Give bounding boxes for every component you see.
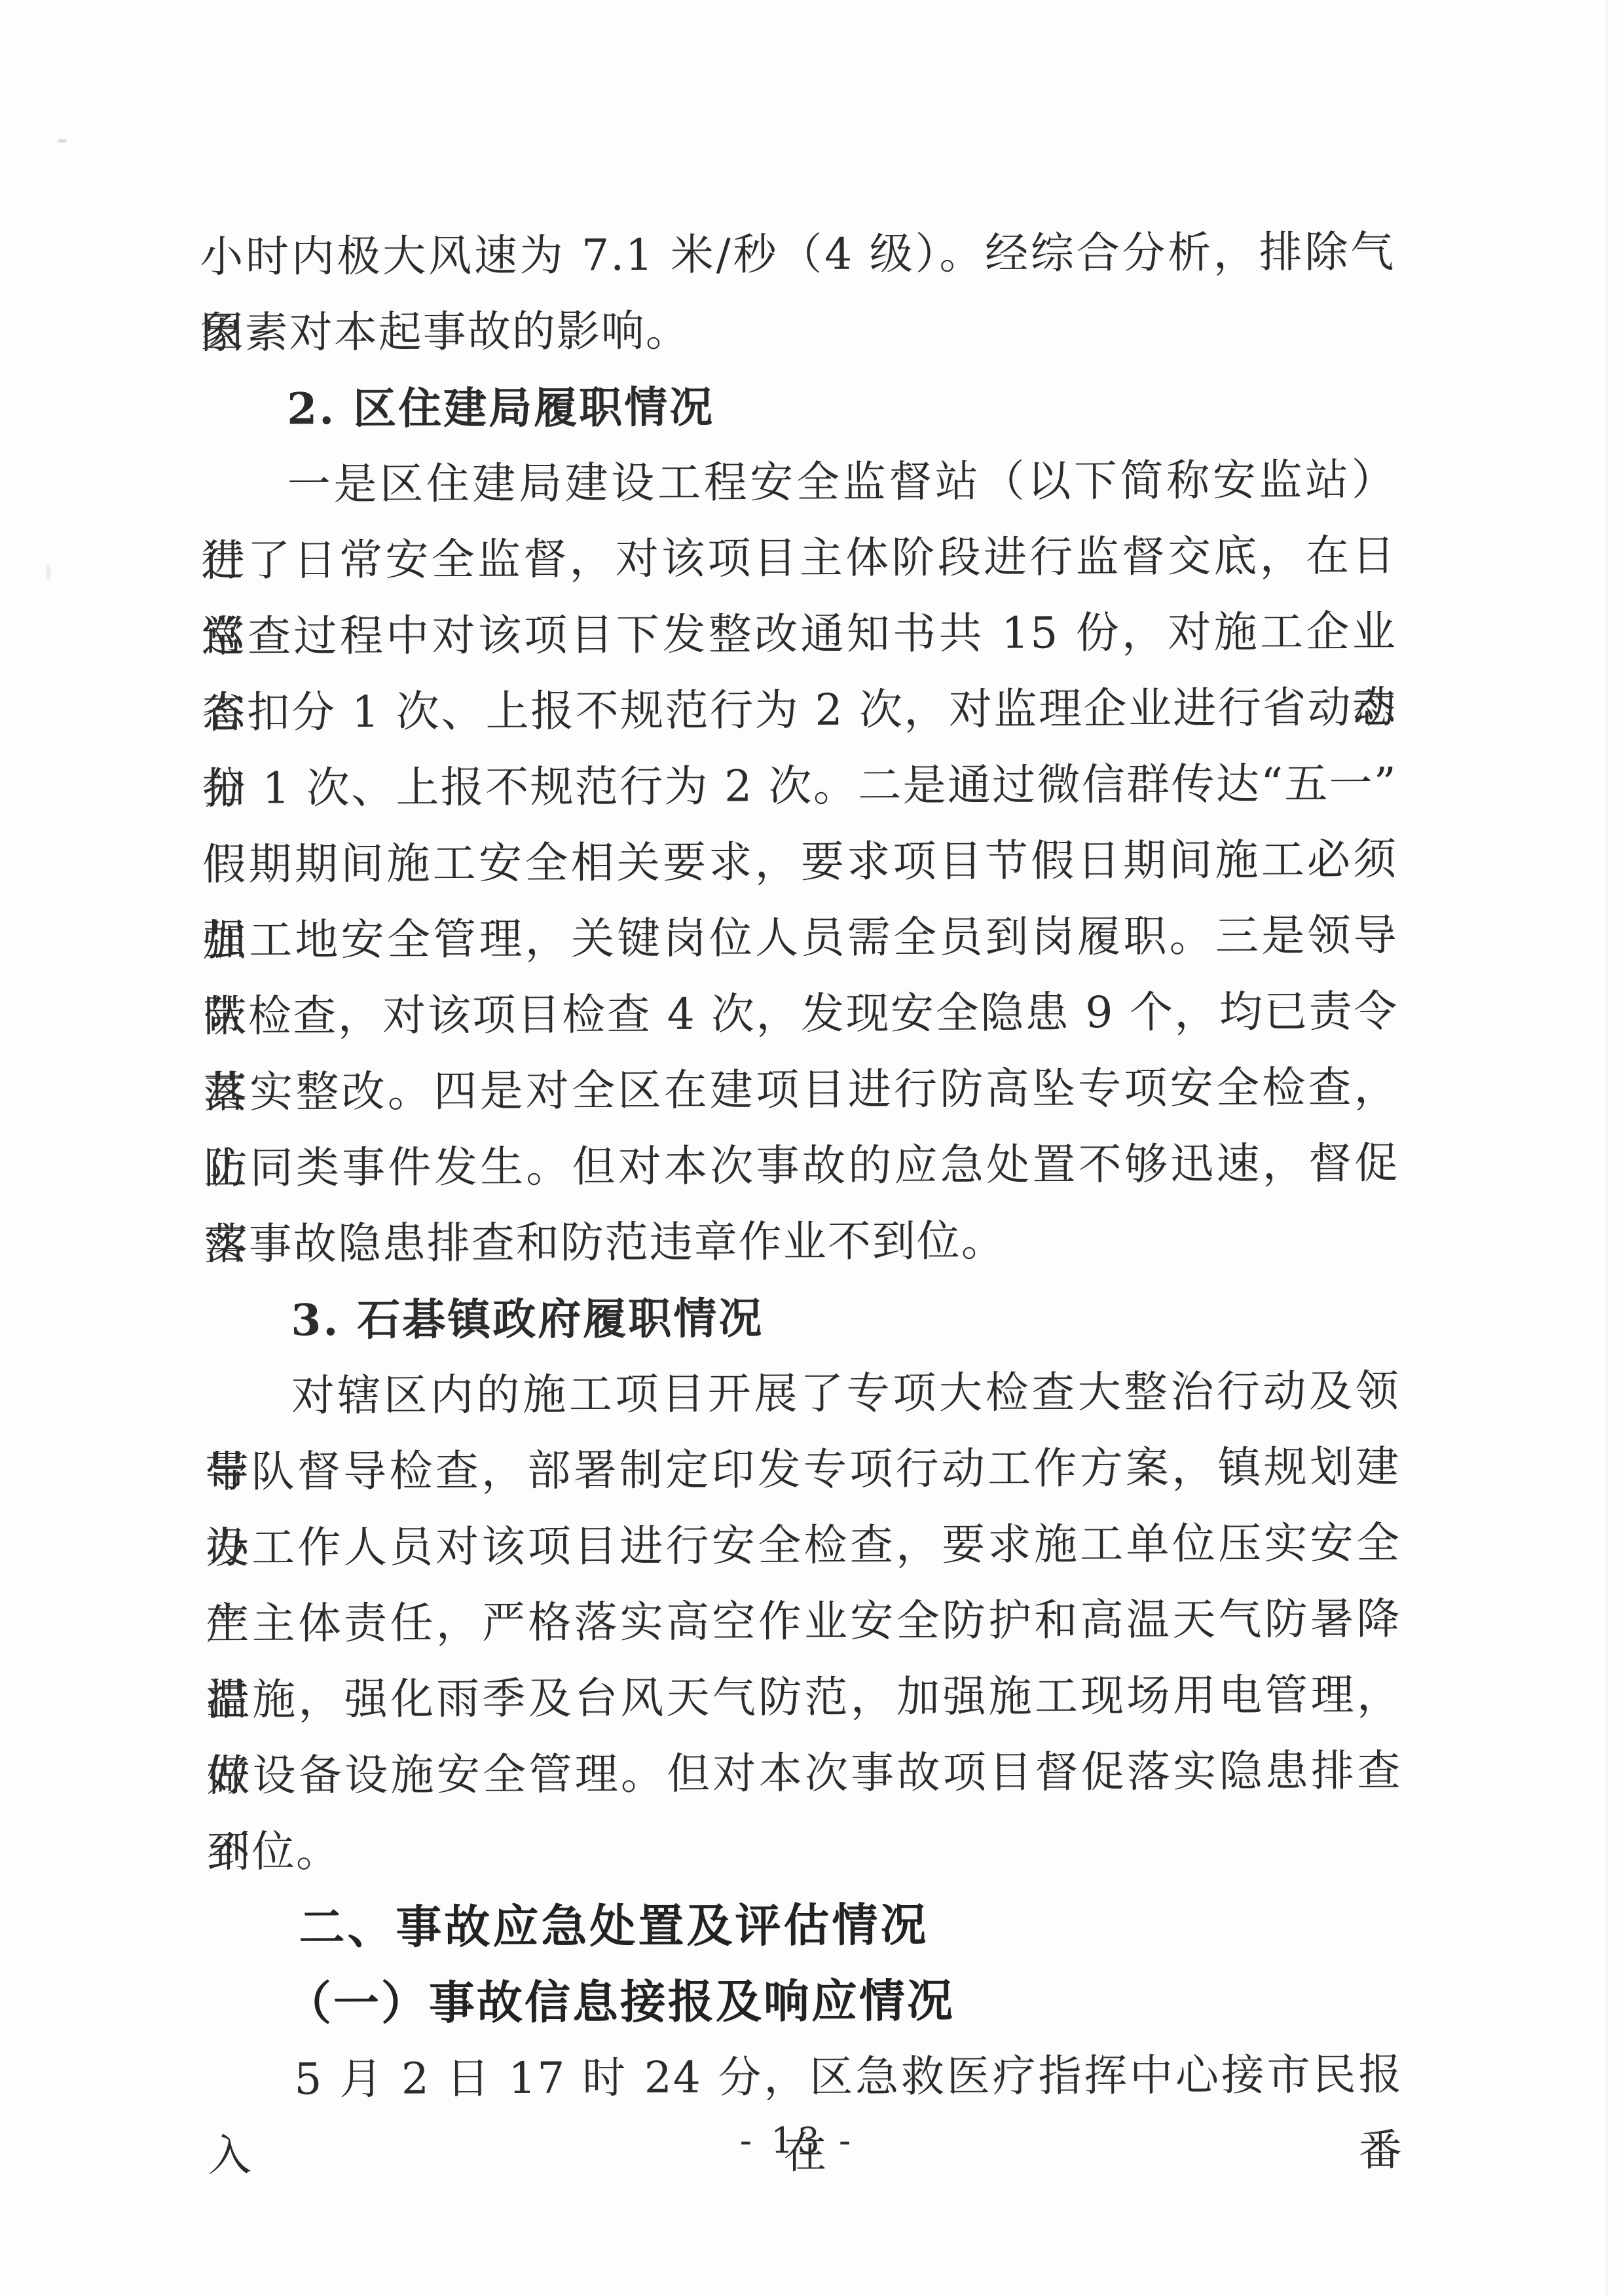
body-line: 假期期间施工安全相关要求，要求项目节假日期间施工必须加 <box>202 822 1397 903</box>
numbered-subheading: 3. 石碁镇政府履职情况 <box>204 1277 1399 1358</box>
body-line: 落实整改。四是对全区在建项目进行防高坠专项安全检查，防 <box>204 1049 1399 1131</box>
document-page: 小时内极大风速为 7.1 米/秒（4 级）。经综合分析，排除气象 因素对本起事故… <box>0 0 1624 2296</box>
numbered-subheading: 2. 区住建局履职情况 <box>200 366 1395 447</box>
body-line: 止同类事件发生。但对本次事故的应急处置不够迅速，督促落 <box>204 1125 1399 1207</box>
body-line: 好设备设施安全管理。但对本次事故项目督促落实隐患排查不 <box>206 1733 1401 1814</box>
body-line: 巡查过程中对该项目下发整改通知书共 15 份，对施工企业省动 <box>202 594 1397 675</box>
subsection-heading: （一）事故信息接报及响应情况 <box>208 1961 1403 2042</box>
body-line: 小时内极大风速为 7.1 米/秒（4 级）。经综合分析，排除气象 <box>200 214 1395 295</box>
page-number: - 13 - <box>200 2120 1395 2161</box>
body-line: 分 1 次、上报不规范行为 2 次。二是通过微信群传达“五一” <box>202 746 1397 827</box>
scan-smudge <box>46 564 51 581</box>
body-line: 办工作人员对该项目进行安全检查，要求施工单位压实安全生 <box>206 1505 1401 1586</box>
scan-speck <box>58 139 67 143</box>
body-line: 带队督导检查，部署制定印发专项行动工作方案，镇规划建设 <box>205 1429 1400 1510</box>
text-block: 小时内极大风速为 7.1 米/秒（4 级）。经综合分析，排除气象 因素对本起事故… <box>200 214 1403 2118</box>
body-line: 实事故隐患排查和防范违章作业不到位。 <box>204 1201 1399 1283</box>
body-line: 对辖区内的施工项目开展了专项大检查大整治行动及领导 <box>205 1353 1400 1434</box>
body-line: 行了日常安全监督，对该项目主体阶段进行监督交底，在日常 <box>201 518 1396 599</box>
body-line: 一是区住建局建设工程安全监督站（以下简称安监站）进 <box>201 442 1396 523</box>
body-line: 因素对本起事故的影响。 <box>200 290 1395 371</box>
body-line: 态扣分 1 次、上报不规范行为 2 次，对监理企业进行省动态扣 <box>202 670 1397 751</box>
section-heading: 二、事故应急处置及评估情况 <box>207 1885 1402 1966</box>
body-line: 产主体责任，严格落实高空作业安全防护和高温天气防暑降温 <box>206 1581 1401 1662</box>
body-line: 强工地安全管理，关键岗位人员需全员到岗履职。三是领导带 <box>203 898 1398 979</box>
scan-edge-line <box>1606 0 1608 2296</box>
body-line: 到位。 <box>207 1809 1402 1890</box>
body-line: 5 月 2 日 17 时 24 分，区急救医疗指挥中心接市民报入在番 <box>208 2037 1403 2118</box>
body-line: 措施，强化雨季及台风天气防范，加强施工现场用电管理，做 <box>206 1657 1401 1738</box>
body-line: 队检查，对该项目检查 4 次，发现安全隐患 9 个，均已责令其 <box>203 974 1398 1055</box>
